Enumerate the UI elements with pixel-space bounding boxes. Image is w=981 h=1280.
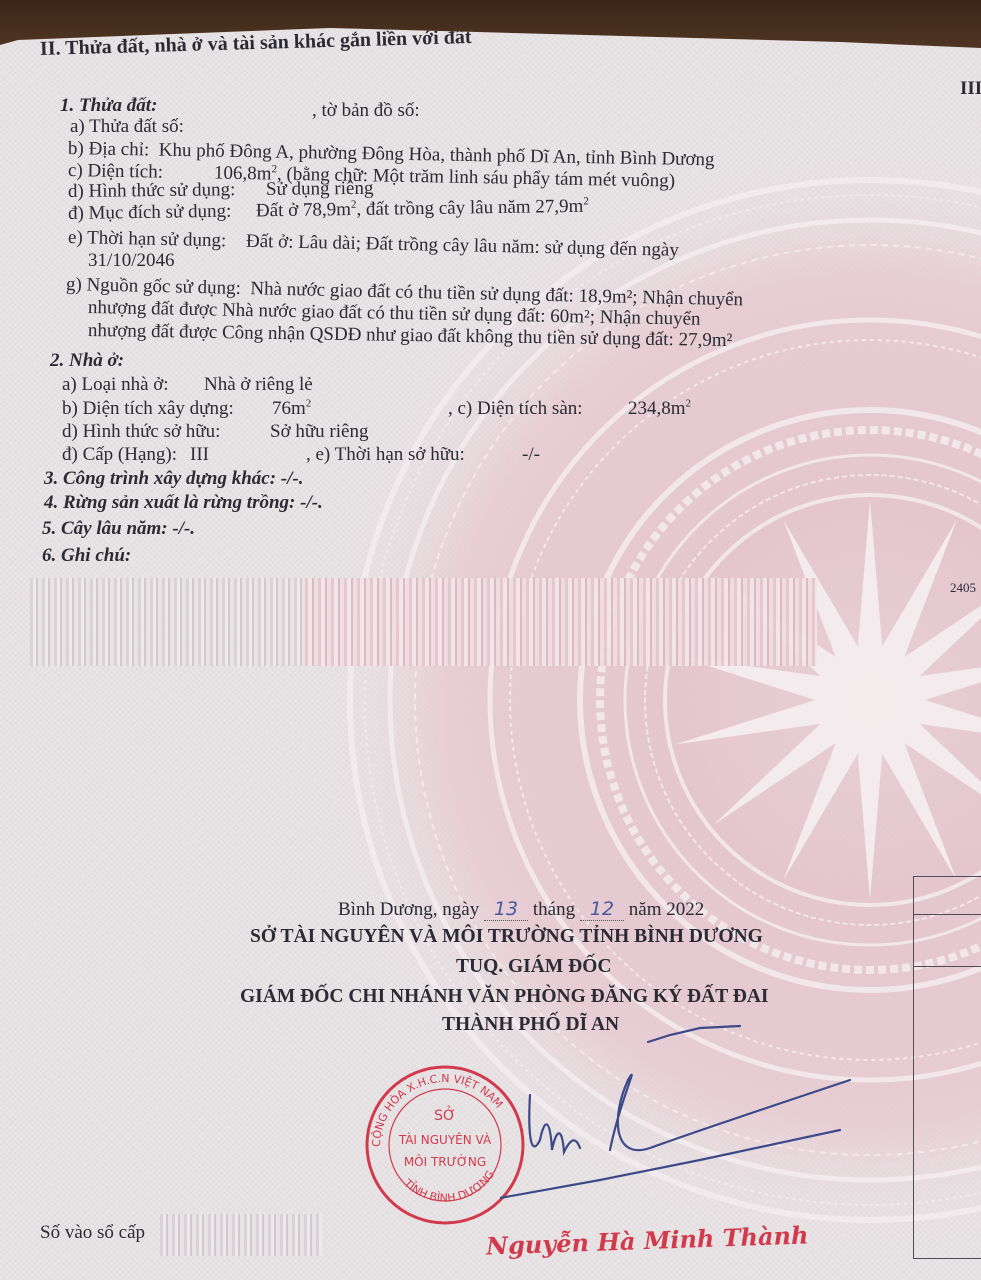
house-type-value: Nhà ở riêng lẻ: [204, 374, 313, 395]
month-label: tháng: [533, 899, 575, 920]
svg-text:TÀI NGUYÊN VÀ: TÀI NGUYÊN VÀ: [398, 1132, 492, 1147]
house-type-row: a) Loại nhà ở:Nhà ở riêng lẻ: [62, 374, 313, 396]
ownership-term-value: -/-: [522, 444, 540, 465]
production-forest: 4. Rừng sản xuất là rừng trồng: -/-.: [44, 492, 323, 514]
grade-label: đ) Cấp (Hạng):: [62, 444, 190, 466]
built-area-row: b) Diện tích xây dựng:76m2: [62, 398, 311, 420]
grade-value: III: [190, 444, 209, 465]
grade-row: đ) Cấp (Hạng):III: [62, 444, 209, 466]
perennial-trees: 5. Cây lâu năm: -/-.: [42, 518, 195, 540]
purpose-label: đ) Mục đích sử dụng:: [68, 200, 256, 225]
use-form-value: Sử dụng riêng: [266, 178, 374, 200]
term-label: e) Thời hạn sử dụng:: [68, 227, 246, 253]
ownership-label: d) Hình thức sở hữu:: [62, 421, 270, 443]
floor-area-label: , c) Diện tích sàn:: [448, 398, 628, 420]
certificate-page: III II. Thửa đất, nhà ở và tài sản khác …: [0, 0, 981, 1280]
place-date-prefix: Bình Dương, ngày: [338, 899, 479, 920]
floor-area-value: 234,8m: [628, 398, 686, 419]
year-value: năm 2022: [629, 899, 704, 920]
svg-text:SỞ: SỞ: [434, 1105, 456, 1124]
purpose-value-residential: Đất ở 78,9m: [256, 199, 351, 221]
svg-text:MÔI TRƯỜNG: MÔI TRƯỜNG: [404, 1154, 486, 1169]
redacted-registry-number: [160, 1214, 322, 1256]
purpose-value-perennial: , đất trồng cây lâu năm 27,9m: [356, 196, 583, 220]
ownership-row: d) Hình thức sở hữu:Sở hữu riêng: [62, 421, 368, 443]
side-table-line: [913, 966, 981, 967]
parcel-number-label: a) Thửa đất số:: [70, 116, 184, 138]
svg-text:TỈNH BÌNH DƯƠNG: TỈNH BÌNH DƯƠNG: [401, 1168, 497, 1205]
origin-label: g) Nguồn gốc sử dụng:: [66, 274, 241, 299]
place-date: Bình Dương, ngày 13 tháng 12 năm 2022: [338, 898, 704, 921]
built-area-value: 76m: [272, 398, 306, 419]
side-table-line: [913, 914, 981, 915]
term-date: 31/10/2046: [88, 250, 175, 272]
use-form-label: d) Hình thức sử dụng:: [68, 179, 266, 203]
serial-fragment: 2405: [950, 577, 976, 599]
term-value: Đất ở: Lâu dài; Đất trồng cây lâu năm: s…: [246, 231, 679, 261]
page-marker: III: [960, 78, 981, 100]
ownership-term-row: , e) Thời hạn sở hữu:-/-: [306, 444, 540, 466]
superscript: 2: [583, 195, 589, 207]
other-works: 3. Công trình xây dựng khác: -/-.: [44, 468, 303, 490]
day-value: 13: [484, 898, 528, 921]
registry-number-label: Số vào sổ cấp: [40, 1222, 145, 1244]
superscript: 2: [306, 398, 312, 410]
map-sheet-label: , tờ bản đồ số:: [312, 100, 420, 122]
signer-title-line-1: GIÁM ĐỐC CHI NHÁNH VĂN PHÒNG ĐĂNG KÝ ĐẤT…: [240, 986, 769, 1008]
month-value: 12: [580, 898, 624, 921]
redacted-notes-left: [30, 578, 305, 666]
built-area-label: b) Diện tích xây dựng:: [62, 398, 272, 420]
on-behalf-line: TUQ. GIÁM ĐỐC: [456, 956, 611, 978]
side-table-box: [913, 876, 981, 1259]
ownership-term-label: , e) Thời hạn sở hữu:: [306, 444, 522, 466]
house-type-label: a) Loại nhà ở:: [62, 374, 204, 396]
signer-name: Nguyễn Hà Minh Thành: [486, 1220, 809, 1260]
handwritten-signature: [500, 1020, 860, 1220]
floor-area-row: , c) Diện tích sàn:234,8m2: [448, 398, 691, 420]
redacted-notes-right: [305, 578, 817, 666]
agency-name: SỞ TÀI NGUYÊN VÀ MÔI TRƯỜNG TỈNH BÌNH DƯ…: [250, 926, 763, 948]
house-heading: 2. Nhà ở:: [50, 350, 124, 372]
superscript: 2: [686, 398, 692, 410]
ownership-value: Sở hữu riêng: [270, 421, 368, 442]
address-label: b) Địa chỉ:: [68, 138, 150, 160]
land-heading: 1. Thửa đất:: [60, 95, 157, 117]
notes-heading: 6. Ghi chú:: [42, 545, 131, 567]
